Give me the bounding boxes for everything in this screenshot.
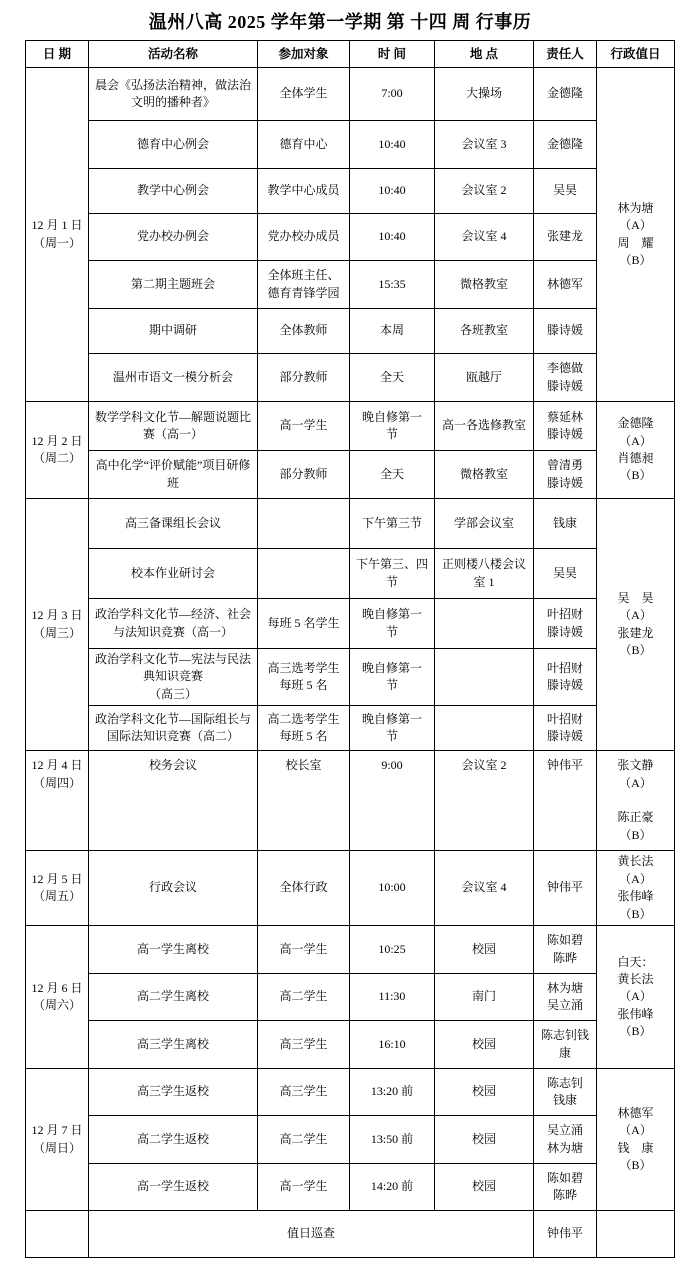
cell-place: 南门 xyxy=(435,974,534,1021)
table-row: 期中调研全体教师本周各班教室滕诗媛 xyxy=(26,309,675,354)
cell-time: 10:25 xyxy=(350,926,435,974)
cell-date: 12 月 1 日 （周一） xyxy=(26,68,89,402)
cell-participants: 高三学生 xyxy=(258,1069,350,1116)
table-header: 日 期活动名称参加对象时 间地 点责任人行政值日 xyxy=(26,41,675,68)
cell-owner: 叶招财 滕诗媛 xyxy=(534,706,597,751)
column-header: 时 间 xyxy=(350,41,435,68)
table-body: 12 月 1 日 （周一）晨会《弘扬法治精神，做法治文明的播种者》全体学生7:0… xyxy=(26,68,675,1258)
cell-participants: 每班 5 名学生 xyxy=(258,599,350,649)
cell-owner: 吴昊 xyxy=(534,549,597,599)
cell-activity: 期中调研 xyxy=(89,309,258,354)
cell-time: 全天 xyxy=(350,451,435,499)
cell-place: 大操场 xyxy=(435,68,534,121)
cell-time: 下午第三、四 节 xyxy=(350,549,435,599)
cell-place: 正则楼八楼会议 室 1 xyxy=(435,549,534,599)
cell-activity: 高三学生返校 xyxy=(89,1069,258,1116)
weekly-schedule-table: 日 期活动名称参加对象时 间地 点责任人行政值日 12 月 1 日 （周一）晨会… xyxy=(25,40,675,1258)
table-row: 政治学科文化节—宪法与民法典知识竞赛 （高三）高三选考学生 每班 5 名晚自修第… xyxy=(26,649,675,706)
cell-participants: 高一学生 xyxy=(258,402,350,451)
cell-duty xyxy=(597,1211,675,1258)
cell-owner: 蔡延林 滕诗媛 xyxy=(534,402,597,451)
cell-owner: 钱康 xyxy=(534,499,597,549)
cell-owner: 钟伟平 xyxy=(534,1211,597,1258)
cell-activity: 第二期主题班会 xyxy=(89,261,258,309)
cell-owner: 曾清勇 滕诗媛 xyxy=(534,451,597,499)
cell-participants: 德育中心 xyxy=(258,121,350,169)
cell-time: 15:35 xyxy=(350,261,435,309)
table-row: 校本作业研讨会下午第三、四 节正则楼八楼会议 室 1吴昊 xyxy=(26,549,675,599)
cell-participants: 高一学生 xyxy=(258,1164,350,1211)
cell-participants: 高一学生 xyxy=(258,926,350,974)
cell-owner: 林德军 xyxy=(534,261,597,309)
cell-activity: 校本作业研讨会 xyxy=(89,549,258,599)
cell-time: 晚自修第一 节 xyxy=(350,402,435,451)
cell-date: 12 月 3 日 （周三） xyxy=(26,499,89,751)
table-row: 政治学科文化节—国际组长与国际法知识竞赛（高二）高二选考学生 每班 5 名晚自修… xyxy=(26,706,675,751)
column-header: 责任人 xyxy=(534,41,597,68)
cell-activity: 校务会议 xyxy=(89,751,258,851)
column-header: 活动名称 xyxy=(89,41,258,68)
cell-participants: 高二学生 xyxy=(258,974,350,1021)
cell-activity: 高中化学“评价赋能”项目研修班 xyxy=(89,451,258,499)
cell-time: 14:20 前 xyxy=(350,1164,435,1211)
table-row: 高二学生返校高二学生13:50 前校园吴立涌 林为塘 xyxy=(26,1116,675,1164)
cell-participants xyxy=(258,549,350,599)
cell-duty: 吴 昊 （A） 张建龙 （B） xyxy=(597,499,675,751)
cell-activity: 高三备课组长会议 xyxy=(89,499,258,549)
cell-time: 晚自修第一 节 xyxy=(350,649,435,706)
table-row: 高中化学“评价赋能”项目研修班部分教师全天微格教室曾清勇 滕诗媛 xyxy=(26,451,675,499)
cell-place: 校园 xyxy=(435,1069,534,1116)
cell-date xyxy=(26,1211,89,1258)
table-row: 12 月 6 日 （周六）高一学生离校高一学生10:25校园陈如碧 陈晔白天： … xyxy=(26,926,675,974)
cell-participants: 全体班主任、 德育青锋学园 xyxy=(258,261,350,309)
cell-time: 9:00 xyxy=(350,751,435,851)
column-header: 日 期 xyxy=(26,41,89,68)
cell-participants: 高二学生 xyxy=(258,1116,350,1164)
document-page: { "page": { "title": "温州八高 2025 学年第一学期 第… xyxy=(0,8,680,1264)
cell-owner: 钟伟平 xyxy=(534,851,597,926)
cell-time: 全天 xyxy=(350,354,435,402)
cell-place: 会议室 2 xyxy=(435,751,534,851)
table-row: 12 月 3 日 （周三）高三备课组长会议下午第三节学部会议室钱康吴 昊 （A）… xyxy=(26,499,675,549)
cell-place: 微格教室 xyxy=(435,261,534,309)
cell-place xyxy=(435,599,534,649)
cell-place: 微格教室 xyxy=(435,451,534,499)
cell-owner: 陈志钊钱 康 xyxy=(534,1021,597,1069)
cell-time: 下午第三节 xyxy=(350,499,435,549)
cell-owner: 李德做 滕诗媛 xyxy=(534,354,597,402)
cell-time: 10:40 xyxy=(350,214,435,261)
column-header: 地 点 xyxy=(435,41,534,68)
cell-place xyxy=(435,706,534,751)
cell-owner: 金德隆 xyxy=(534,121,597,169)
cell-activity: 高二学生返校 xyxy=(89,1116,258,1164)
table-row: 温州市语文一模分析会部分教师全天瓯越厅李德做 滕诗媛 xyxy=(26,354,675,402)
cell-date: 12 月 4 日 （周四） xyxy=(26,751,89,851)
table-row: 12 月 4 日 （周四）校务会议校长室9:00会议室 2钟伟平张文静 （A） … xyxy=(26,751,675,851)
cell-owner: 叶招财 滕诗媛 xyxy=(534,649,597,706)
cell-owner: 张建龙 xyxy=(534,214,597,261)
cell-activity: 政治学科文化节—宪法与民法典知识竞赛 （高三） xyxy=(89,649,258,706)
cell-duty: 林德军 （A） 钱 康 （B） xyxy=(597,1069,675,1211)
cell-duty: 张文静 （A） 陈正豪 （B） xyxy=(597,751,675,851)
cell-duty: 白天： 黄长法 （A） 张伟峰 （B） xyxy=(597,926,675,1069)
cell-place: 高一各选修教室 xyxy=(435,402,534,451)
cell-participants: 部分教师 xyxy=(258,354,350,402)
header-row: 日 期活动名称参加对象时 间地 点责任人行政值日 xyxy=(26,41,675,68)
cell-time: 晚自修第一 节 xyxy=(350,706,435,751)
cell-activity: 晨会《弘扬法治精神，做法治文明的播种者》 xyxy=(89,68,258,121)
cell-duty: 金德隆 （A） 肖德昶 （B） xyxy=(597,402,675,499)
table-row: 12 月 1 日 （周一）晨会《弘扬法治精神，做法治文明的播种者》全体学生7:0… xyxy=(26,68,675,121)
table-row: 12 月 2 日 （周二）数学学科文化节—解题说题比赛（高一）高一学生晚自修第一… xyxy=(26,402,675,451)
cell-owner: 陈如碧 陈晔 xyxy=(534,1164,597,1211)
cell-participants: 高三选考学生 每班 5 名 xyxy=(258,649,350,706)
table-row: 12 月 7 日 （周日）高三学生返校高三学生13:20 前校园陈志钊 钱康林德… xyxy=(26,1069,675,1116)
cell-owner: 陈如碧 陈晔 xyxy=(534,926,597,974)
cell-participants: 全体行政 xyxy=(258,851,350,926)
cell-time: 13:50 前 xyxy=(350,1116,435,1164)
cell-time: 本周 xyxy=(350,309,435,354)
column-header: 参加对象 xyxy=(258,41,350,68)
page-title: 温州八高 2025 学年第一学期 第 十四 周 行事历 xyxy=(0,8,680,34)
cell-owner: 叶招财 滕诗媛 xyxy=(534,599,597,649)
cell-duty: 林为塘 （A） 周 耀 （B） xyxy=(597,68,675,402)
cell-time: 10:00 xyxy=(350,851,435,926)
cell-participants: 部分教师 xyxy=(258,451,350,499)
cell-time: 13:20 前 xyxy=(350,1069,435,1116)
cell-owner: 吴立涌 林为塘 xyxy=(534,1116,597,1164)
table-row: 高三学生离校高三学生16:10校园陈志钊钱 康 xyxy=(26,1021,675,1069)
cell-place: 校园 xyxy=(435,1116,534,1164)
table-row: 政治学科文化节—经济、社会与法知识竞赛（高一）每班 5 名学生晚自修第一 节叶招… xyxy=(26,599,675,649)
cell-participants: 全体教师 xyxy=(258,309,350,354)
cell-owner: 吴昊 xyxy=(534,169,597,214)
cell-date: 12 月 7 日 （周日） xyxy=(26,1069,89,1211)
cell-duty: 黄长法 （A） 张伟峰 （B） xyxy=(597,851,675,926)
cell-participants: 党办校办成员 xyxy=(258,214,350,261)
cell-time: 晚自修第一 节 xyxy=(350,599,435,649)
cell-footer-activity: 值日巡查 xyxy=(89,1211,534,1258)
cell-time: 10:40 xyxy=(350,169,435,214)
cell-activity: 政治学科文化节—经济、社会与法知识竞赛（高一） xyxy=(89,599,258,649)
table-row: 党办校办例会党办校办成员10:40会议室 4张建龙 xyxy=(26,214,675,261)
cell-activity: 教学中心例会 xyxy=(89,169,258,214)
cell-activity: 政治学科文化节—国际组长与国际法知识竞赛（高二） xyxy=(89,706,258,751)
footer-row: 值日巡查钟伟平 xyxy=(26,1211,675,1258)
cell-participants: 高三学生 xyxy=(258,1021,350,1069)
cell-place: 校园 xyxy=(435,1164,534,1211)
table-row: 教学中心例会教学中心成员10:40会议室 2吴昊 xyxy=(26,169,675,214)
cell-activity: 党办校办例会 xyxy=(89,214,258,261)
cell-date: 12 月 2 日 （周二） xyxy=(26,402,89,499)
cell-owner: 钟伟平 xyxy=(534,751,597,851)
cell-participants: 校长室 xyxy=(258,751,350,851)
cell-place: 校园 xyxy=(435,1021,534,1069)
cell-date: 12 月 5 日 （周五） xyxy=(26,851,89,926)
cell-time: 10:40 xyxy=(350,121,435,169)
column-header: 行政值日 xyxy=(597,41,675,68)
cell-place: 校园 xyxy=(435,926,534,974)
cell-owner: 林为塘 吴立涌 xyxy=(534,974,597,1021)
cell-place: 各班教室 xyxy=(435,309,534,354)
cell-place xyxy=(435,649,534,706)
cell-activity: 温州市语文一模分析会 xyxy=(89,354,258,402)
cell-time: 11:30 xyxy=(350,974,435,1021)
table-row: 高二学生离校高二学生11:30南门林为塘 吴立涌 xyxy=(26,974,675,1021)
cell-participants: 高二选考学生 每班 5 名 xyxy=(258,706,350,751)
cell-place: 学部会议室 xyxy=(435,499,534,549)
cell-place: 会议室 4 xyxy=(435,851,534,926)
cell-time: 16:10 xyxy=(350,1021,435,1069)
cell-owner: 滕诗媛 xyxy=(534,309,597,354)
cell-place: 会议室 3 xyxy=(435,121,534,169)
cell-activity: 高三学生离校 xyxy=(89,1021,258,1069)
cell-participants xyxy=(258,499,350,549)
cell-place: 会议室 4 xyxy=(435,214,534,261)
cell-activity: 行政会议 xyxy=(89,851,258,926)
cell-activity: 高二学生离校 xyxy=(89,974,258,1021)
cell-activity: 数学学科文化节—解题说题比赛（高一） xyxy=(89,402,258,451)
cell-place: 瓯越厅 xyxy=(435,354,534,402)
cell-activity: 高一学生离校 xyxy=(89,926,258,974)
cell-time: 7:00 xyxy=(350,68,435,121)
cell-owner: 陈志钊 钱康 xyxy=(534,1069,597,1116)
cell-activity: 高一学生返校 xyxy=(89,1164,258,1211)
cell-date: 12 月 6 日 （周六） xyxy=(26,926,89,1069)
cell-participants: 教学中心成员 xyxy=(258,169,350,214)
table-row: 高一学生返校高一学生14:20 前校园陈如碧 陈晔 xyxy=(26,1164,675,1211)
table-row: 第二期主题班会全体班主任、 德育青锋学园15:35微格教室林德军 xyxy=(26,261,675,309)
cell-activity: 德育中心例会 xyxy=(89,121,258,169)
table-row: 12 月 5 日 （周五）行政会议全体行政10:00会议室 4钟伟平黄长法 （A… xyxy=(26,851,675,926)
cell-place: 会议室 2 xyxy=(435,169,534,214)
cell-owner: 金德隆 xyxy=(534,68,597,121)
cell-participants: 全体学生 xyxy=(258,68,350,121)
table-row: 德育中心例会德育中心10:40会议室 3金德隆 xyxy=(26,121,675,169)
